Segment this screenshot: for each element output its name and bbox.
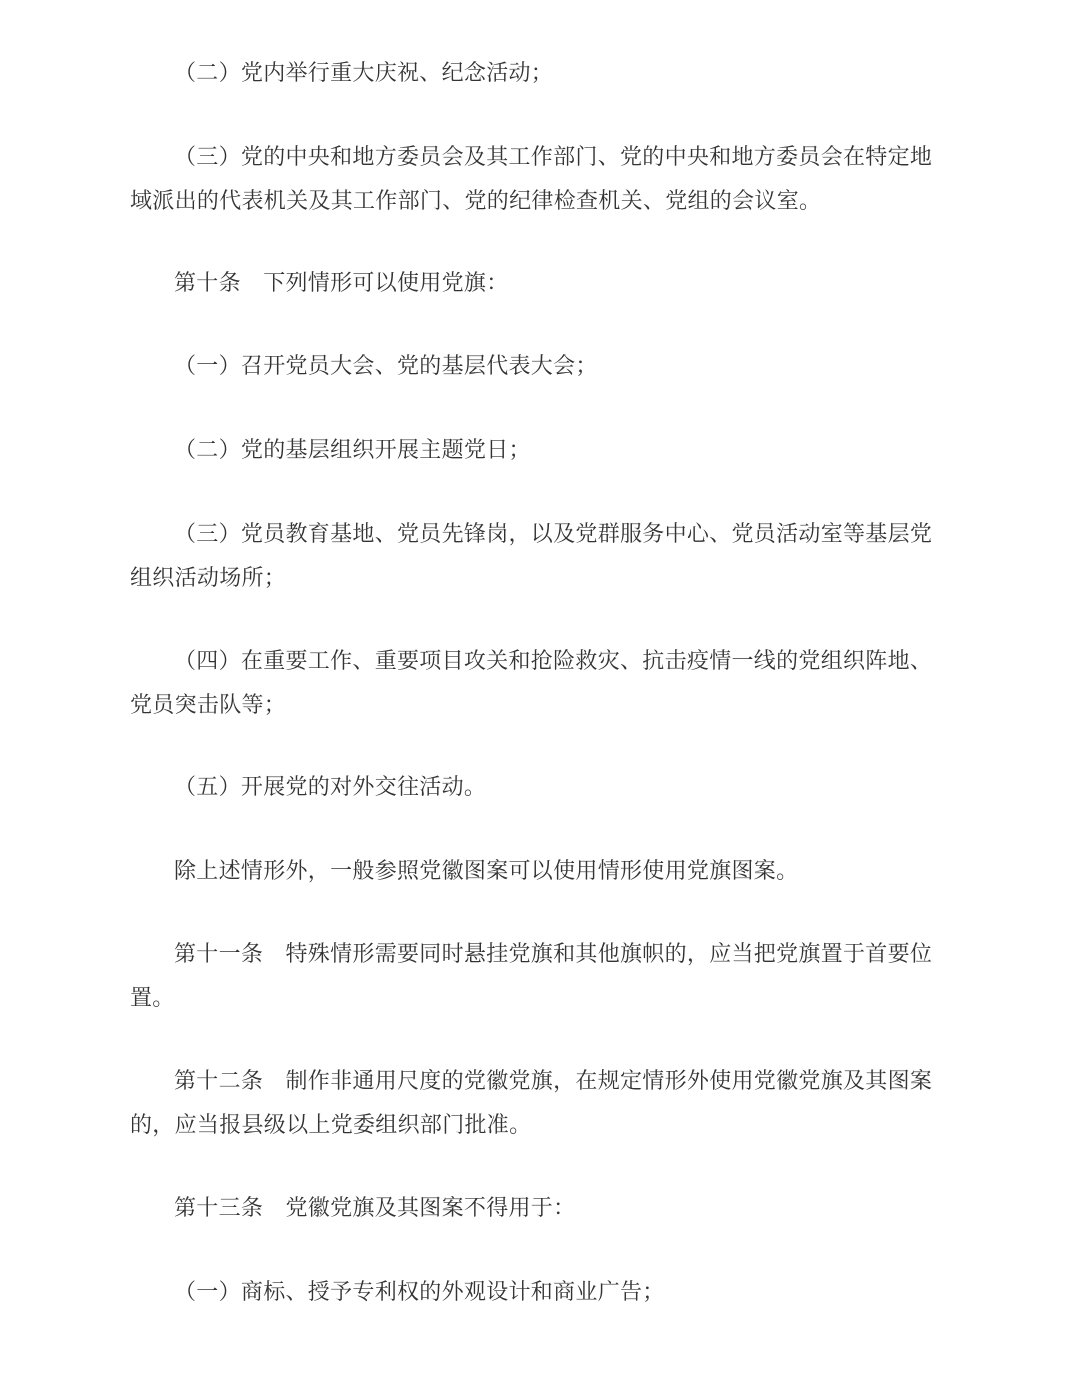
paragraph-article-10: 第十条 下列情形可以使用党旗： (130, 262, 942, 306)
paragraph-article-10-other: 除上述情形外，一般参照党徽图案可以使用情形使用党旗图案。 (130, 850, 942, 894)
paragraph-item-3-meeting-rooms: （三）党的中央和地方委员会及其工作部门、党的中央和地方委员会在特定地域派出的代表… (130, 136, 942, 224)
paragraph-article-10-item-4: （四）在重要工作、重要项目攻关和抢险救灾、抗击疫情一线的党组织阵地、党员突击队等… (130, 640, 942, 728)
paragraph-article-10-item-2: （二）党的基层组织开展主题党日； (130, 429, 942, 473)
paragraph-article-12: 第十二条 制作非通用尺度的党徽党旗，在规定情形外使用党徽党旗及其图案的，应当报县… (130, 1060, 942, 1148)
paragraph-article-10-item-5: （五）开展党的对外交往活动。 (130, 766, 942, 810)
paragraph-item-2-celebrations: （二）党内举行重大庆祝、纪念活动； (130, 52, 942, 96)
paragraph-article-10-item-1: （一）召开党员大会、党的基层代表大会； (130, 345, 942, 389)
paragraph-article-13-item-1: （一）商标、授予专利权的外观设计和商业广告； (130, 1271, 942, 1315)
paragraph-article-13: 第十三条 党徽党旗及其图案不得用于： (130, 1187, 942, 1231)
document-page: （二）党内举行重大庆祝、纪念活动； （三）党的中央和地方委员会及其工作部门、党的… (0, 0, 1080, 1397)
paragraph-article-10-item-3: （三）党员教育基地、党员先锋岗，以及党群服务中心、党员活动室等基层党组织活动场所… (130, 513, 942, 601)
paragraph-article-11: 第十一条 特殊情形需要同时悬挂党旗和其他旗帜的，应当把党旗置于首要位置。 (130, 933, 942, 1021)
